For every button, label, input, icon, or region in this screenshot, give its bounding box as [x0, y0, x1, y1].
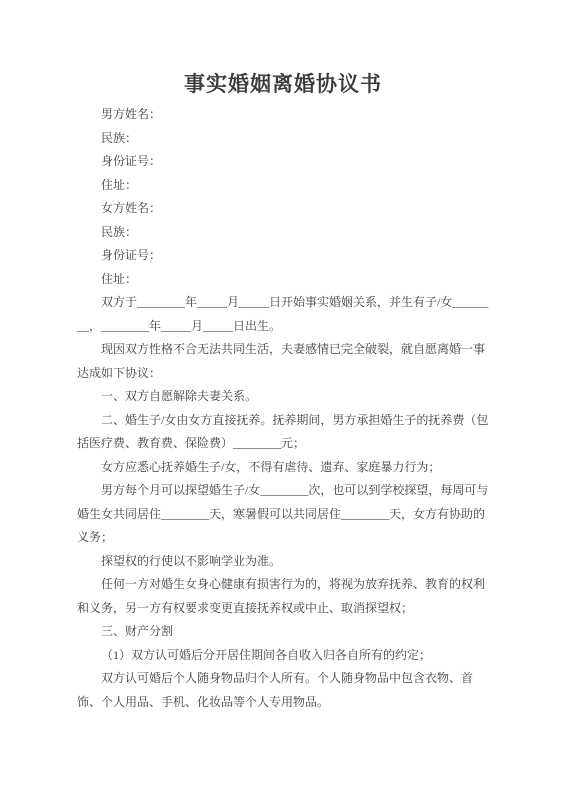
para-visitation-study-rule: 探望权的行使以不影响学业为准。 [77, 550, 489, 574]
clause-2-custody: 二、婚生子/女由女方直接抚养。抚养期间，男方承担婚生子的抚养费（包括医疗费、教育… [77, 409, 489, 456]
para-harm-consequence: 任何一方对婚生女身心健康有损害行为的，将视为放弃抚养、教育的权利和义务，另一方有… [77, 573, 489, 620]
field-husband-name-label: 男方姓名： [77, 103, 489, 127]
para-property-income: （1）双方认可婚后分开居住期间各自收入归各自所有的约定； [77, 644, 489, 668]
field-husband-ethnicity-label: 民族： [77, 127, 489, 151]
field-husband-id-number-label: 身份证号： [77, 150, 489, 174]
field-husband-address-label: 住址： [77, 174, 489, 198]
para-marriage-facts: 双方于________年_____月_____日开始事实婚姻关系，并生有子/女_… [77, 291, 489, 338]
field-wife-id-number-label: 身份证号： [77, 244, 489, 268]
field-wife-name-label: 女方姓名： [77, 197, 489, 221]
para-visitation-frequency: 男方每个月可以探望婚生子/女________次，也可以到学校探望，每周可与婚生女… [77, 479, 489, 550]
clause-1-dissolution: 一、双方自愿解除夫妻关系。 [77, 385, 489, 409]
para-custody-care-duty: 女方应悉心抚养婚生子/女，不得有虐待、遗弃、家庭暴力行为； [77, 456, 489, 480]
clause-3-property-heading: 三、财产分割 [77, 620, 489, 644]
document-page: 事实婚姻离婚协议书 男方姓名： 民族： 身份证号： 住址： 女方姓名： 民族： … [0, 0, 566, 800]
agreement-document: 事实婚姻离婚协议书 男方姓名： 民族： 身份证号： 住址： 女方姓名： 民族： … [0, 0, 566, 714]
para-personal-items: 双方认可婚后个人随身物品归个人所有。个人随身物品中包含衣物、首饰、个人用品、手机… [77, 667, 489, 714]
field-wife-ethnicity-label: 民族： [77, 221, 489, 245]
field-wife-address-label: 住址： [77, 268, 489, 292]
document-title: 事实婚姻离婚协议书 [77, 70, 489, 98]
para-preamble: 现因双方性格不合无法共同生活，夫妻感情已完全破裂，就自愿离婚一事达成如下协议： [77, 338, 489, 385]
